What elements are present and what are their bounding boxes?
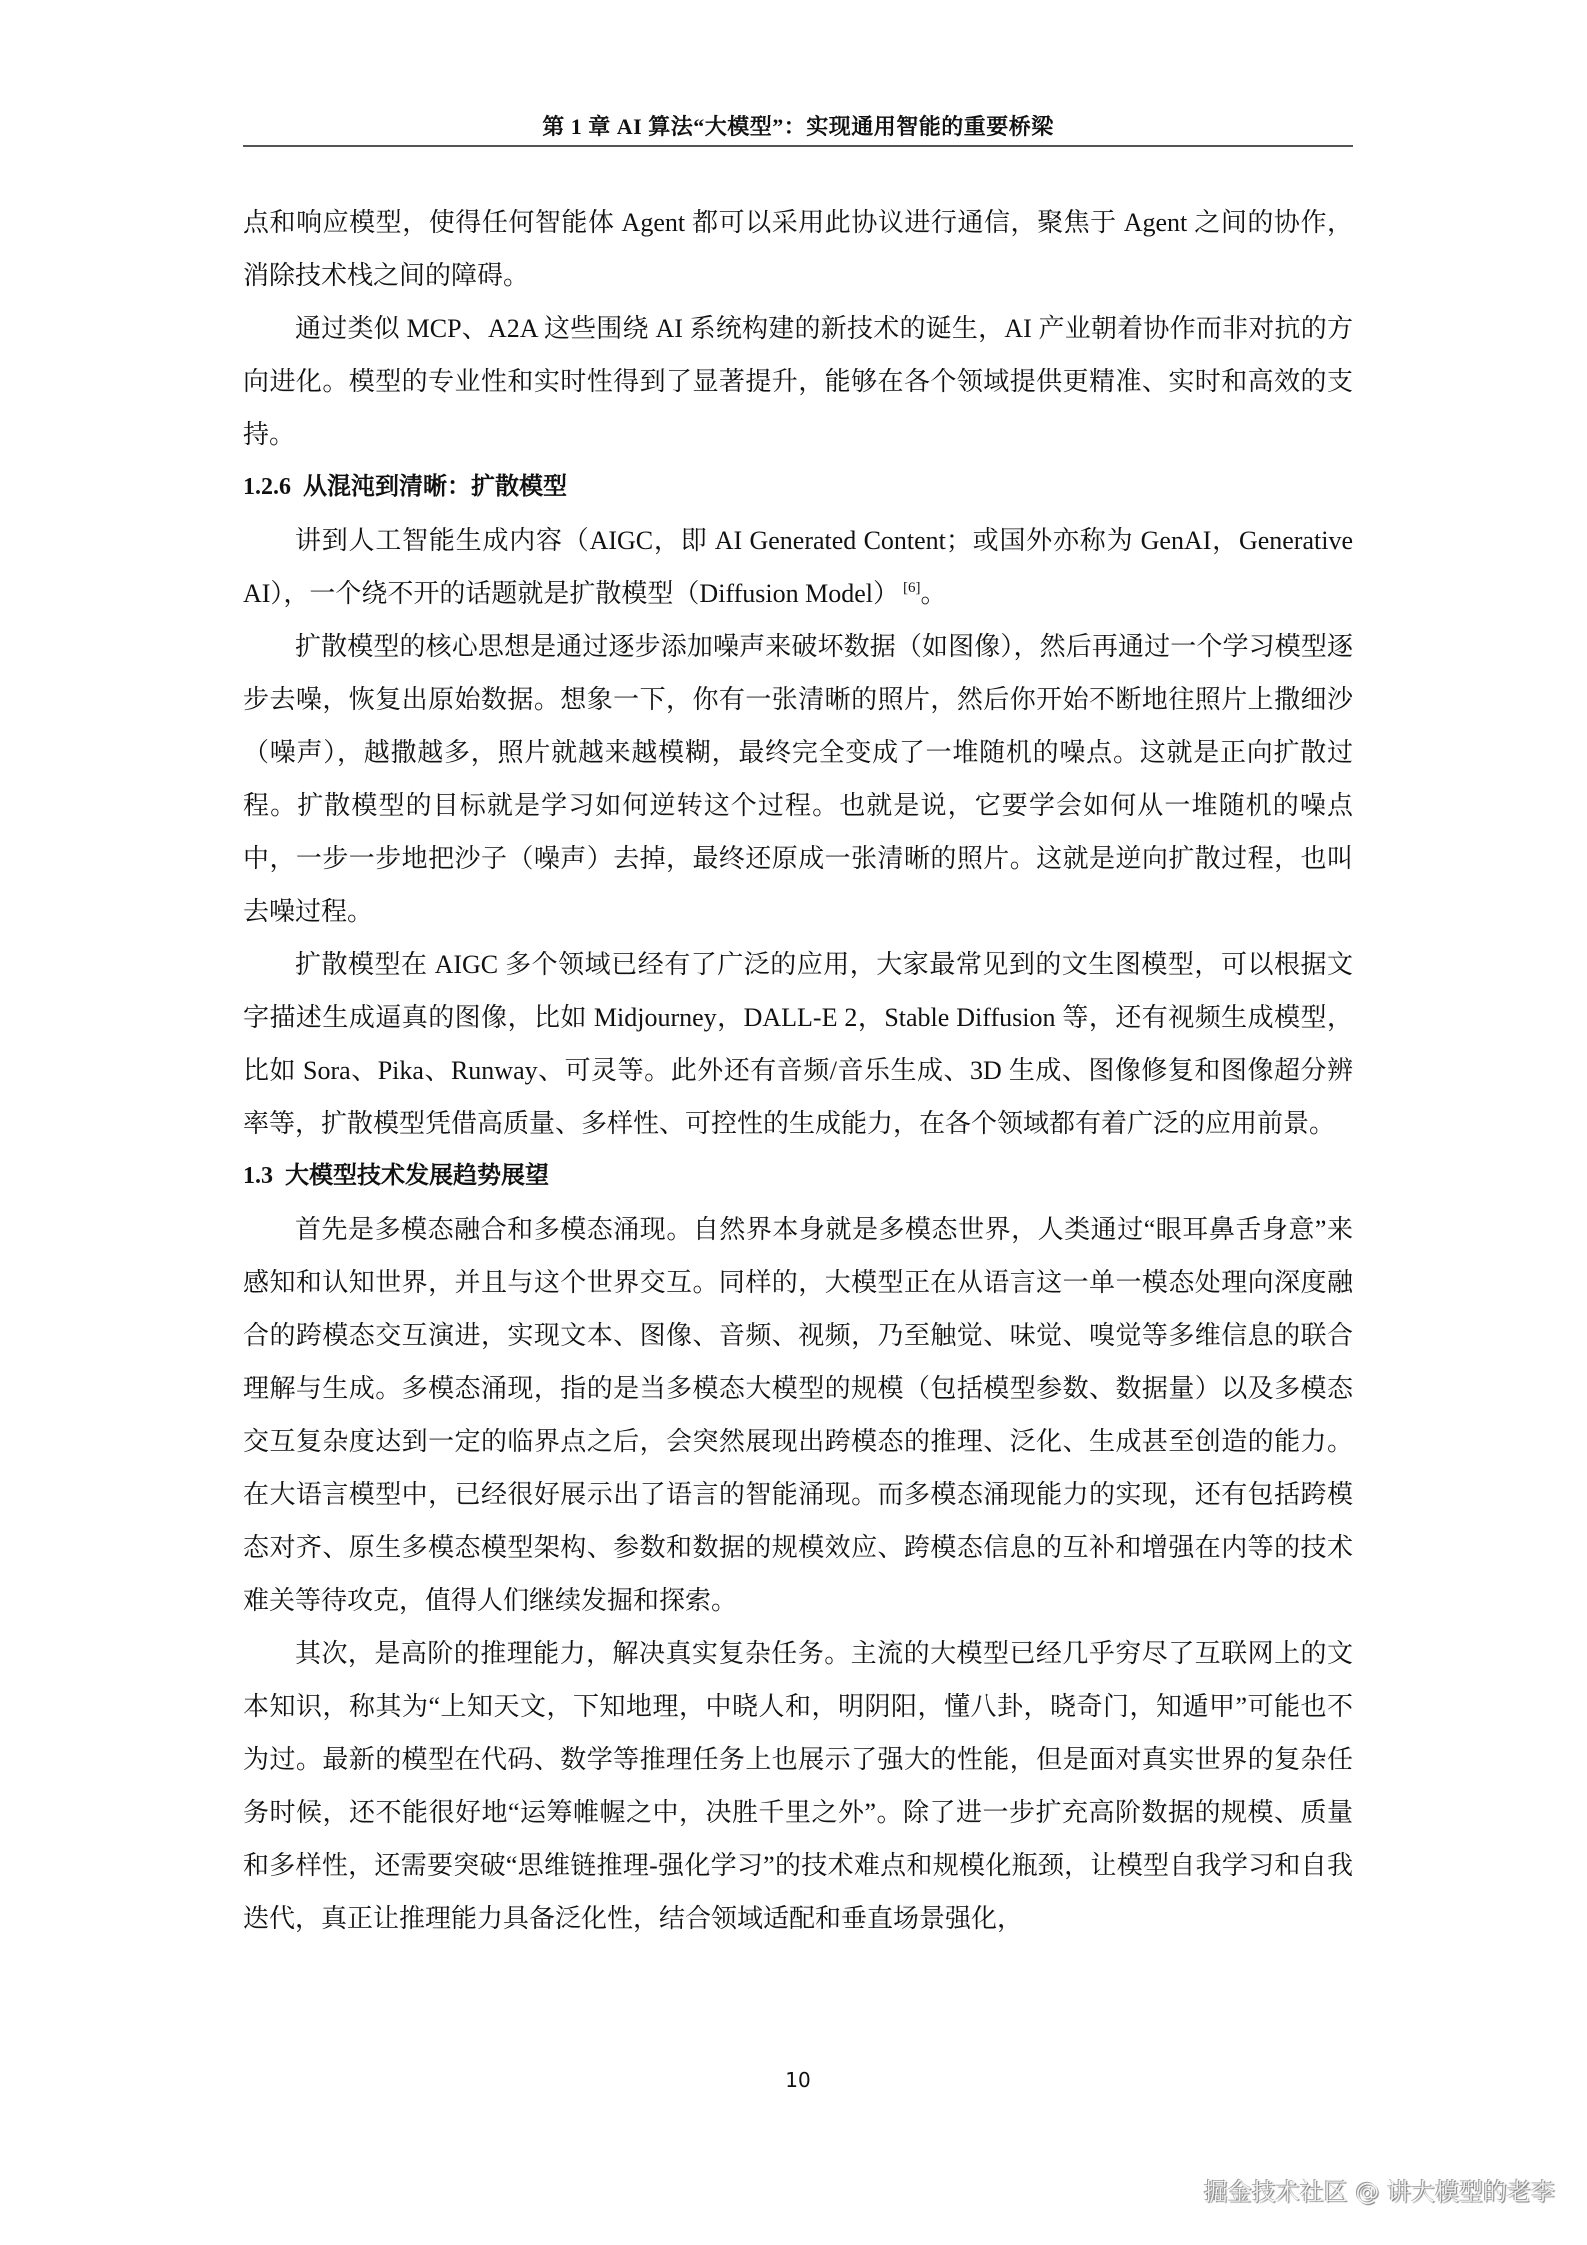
paragraph-tail: 。	[921, 579, 947, 608]
section-title: 从混沌到清晰：扩散模型	[303, 474, 567, 500]
paragraph: 扩散模型的核心思想是通过逐步添加噪声来破坏数据（如图像），然后再通过一个学习模型…	[243, 620, 1353, 938]
paragraph-text: 讲到人工智能生成内容（AIGC，即 AI Generated Content；或…	[243, 526, 1353, 608]
header-rule	[243, 145, 1353, 147]
section-number: 1.3	[243, 1163, 273, 1189]
paragraph-text: 其次，是高阶的推理能力，解决真实复杂任务。主流的大模型已经几乎穷尽了互联网上的文…	[243, 1639, 1353, 1933]
paragraph-text: 首先是多模态融合和多模态涌现。自然界本身就是多模态世界，人类通过“眼耳鼻舌身意”…	[243, 1215, 1353, 1615]
section-heading: 1.3大模型技术发展趋势展望	[243, 1150, 1353, 1203]
section-number: 1.2.6	[243, 474, 291, 500]
paragraph-text: 扩散模型的核心思想是通过逐步添加噪声来破坏数据（如图像），然后再通过一个学习模型…	[243, 632, 1353, 926]
paragraph-text: 扩散模型在 AIGC 多个领域已经有了广泛的应用，大家最常见到的文生图模型，可以…	[243, 950, 1353, 1138]
document-body: 点和响应模型，使得任何智能体 Agent 都可以采用此协议进行通信，聚焦于 Ag…	[243, 196, 1353, 1945]
citation-link[interactable]: [6]	[903, 580, 921, 596]
watermark: 掘金技术社区 @ 讲大模型的老李	[1204, 2172, 1555, 2207]
paragraph: 通过类似 MCP、A2A 这些围绕 AI 系统构建的新技术的诞生，AI 产业朝着…	[243, 302, 1353, 461]
paragraph: 首先是多模态融合和多模态涌现。自然界本身就是多模态世界，人类通过“眼耳鼻舌身意”…	[243, 1203, 1353, 1627]
paragraph-text: 点和响应模型，使得任何智能体 Agent 都可以采用此协议进行通信，聚焦于 Ag…	[243, 208, 1353, 290]
running-header: 第 1 章 AI 算法“大模型”：实现通用智能的重要桥梁	[243, 110, 1353, 141]
page-number: 10	[243, 2068, 1353, 2092]
section-heading: 1.2.6从混沌到清晰：扩散模型	[243, 461, 1353, 514]
paragraph-text: 通过类似 MCP、A2A 这些围绕 AI 系统构建的新技术的诞生，AI 产业朝着…	[243, 314, 1353, 449]
paragraph: 其次，是高阶的推理能力，解决真实复杂任务。主流的大模型已经几乎穷尽了互联网上的文…	[243, 1627, 1353, 1945]
paragraph: 扩散模型在 AIGC 多个领域已经有了广泛的应用，大家最常见到的文生图模型，可以…	[243, 938, 1353, 1150]
paragraph: 讲到人工智能生成内容（AIGC，即 AI Generated Content；或…	[243, 514, 1353, 620]
section-title: 大模型技术发展趋势展望	[285, 1163, 549, 1189]
paragraph: 点和响应模型，使得任何智能体 Agent 都可以采用此协议进行通信，聚焦于 Ag…	[243, 196, 1353, 302]
